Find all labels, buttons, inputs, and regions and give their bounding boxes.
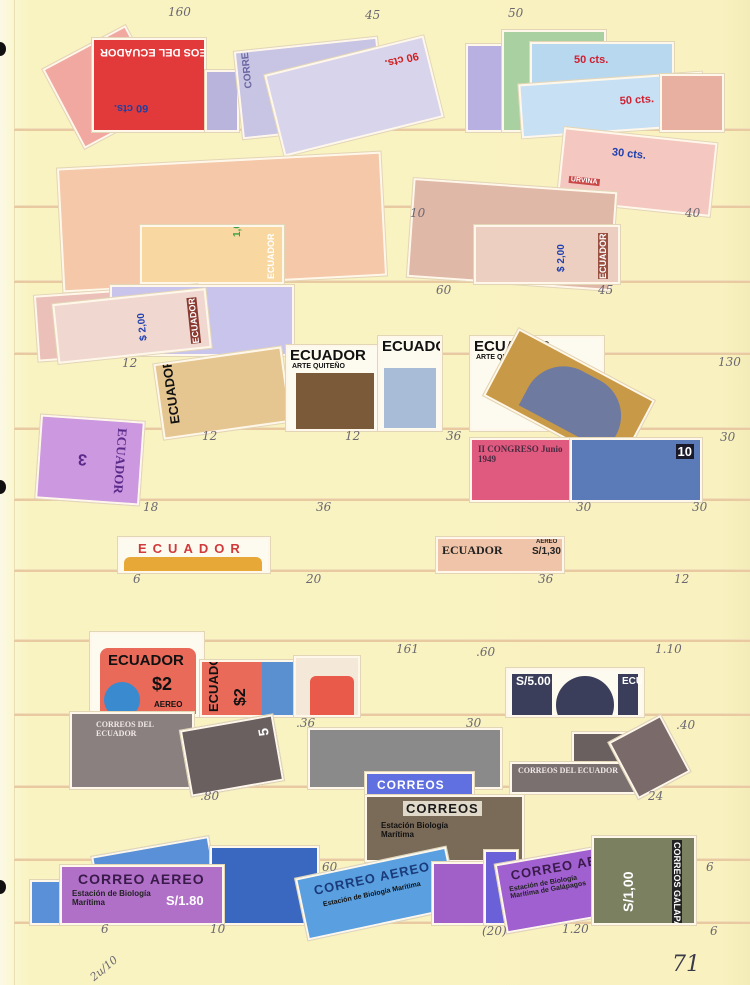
stamp: $ 2,00 ECUADOR [474,225,620,284]
stamp-value: 1,00 [232,225,243,237]
stamp: ECUADOR ARTE QUITEÑO [286,345,382,431]
stamp-text: CORREOS DEL ECUADOR [518,766,618,775]
stamp-value: $ 2,00 [556,244,567,272]
margin-line [14,0,15,985]
stamp: ECUADOR [153,346,291,439]
stamp-value: 5 [255,727,272,737]
price-note: 12 [345,429,360,443]
stamp-value: 3 [77,449,87,468]
stamp-value: 60 cts. [114,102,148,114]
stamp-subtext: Estación de Biología Marítima [72,889,152,907]
price-note: 1.20 [562,922,589,936]
stamp-text: CORREO AEREO [78,871,205,887]
stamp-text: ECUADOR [290,347,366,364]
price-note: 60 [436,283,451,297]
stamp: II CONGRESO Junio 1949 [470,438,572,502]
stamp-text: URVINA [568,176,599,186]
stamp-value: 50 cts. [574,54,608,66]
stamp-image [296,373,374,429]
stamp-text: CORREOS GALAPAGOS [672,840,682,925]
price-note: 40 [685,206,700,220]
stamp-text: ECUADOR [266,233,276,279]
price-note: 161 [396,642,419,656]
stamp-image [310,676,354,715]
price-note: 30 [720,430,735,444]
stamp: ECUADOR [118,537,270,573]
price-note: 45 [365,8,380,22]
stamp-text: CORREOS [377,778,445,792]
stamp-text: CORREOS DEL ECUADOR [234,37,255,89]
stamp-subtext: AEREO [154,700,182,709]
price-note: 20 [306,572,321,586]
stamp: ECUADOR 3 [35,414,145,505]
price-note: 6 [710,924,718,938]
stamp-text: ECUADOR [186,298,201,344]
stamp-text: ECUADOR [110,428,131,495]
stamp-value: S/1,00 [620,872,636,912]
stamp-text: ECUADOR [442,543,503,558]
stamp-text: CORREOS DEL ECUADOR [96,720,166,738]
price-note: 30 [466,716,481,730]
stamp-text: ECUADOR [159,358,183,425]
stamp-image [124,557,262,571]
stamp [294,656,360,717]
stamp-value: 50 cts. [619,93,654,107]
price-note: 10 [210,922,225,936]
stamp [660,74,724,132]
stamp-value: S/1,30 [532,546,561,557]
price-note: 130 [718,355,741,369]
stamp-text: II CONGRESO Junio 1949 [478,444,568,464]
globe-icon [556,676,614,717]
stamp-text: ECUADOR [382,338,442,355]
stamp: 1,00 ECUADOR [140,225,284,284]
stamp-text: ECU [622,676,632,687]
price-note: .80 [200,789,219,803]
stamp: CORREO AEREO Estación de Biología Maríti… [60,865,224,925]
page-code-note: 2u/10 [88,953,121,983]
stamp-image [262,662,296,715]
stamp-value: S/5.00 [516,674,551,688]
binder-hole-icon [0,880,6,894]
price-note: 6 [706,860,714,874]
binder-hole-icon [0,42,6,56]
price-note: 12 [202,429,217,443]
page-total-note: 71 [672,952,700,977]
stamp-subtext: AEREO [536,539,557,545]
price-note: 45 [598,283,613,297]
price-note: 30 [692,500,707,514]
stamp-value: $2 [152,674,172,695]
stamp: ECUADOR $2 AEREO [90,632,204,717]
price-note: 18 [143,500,158,514]
stock-page: CORREOS DEL ECUADOR 60 cts. CORREOS DEL … [0,0,750,985]
stamp-value: $2 [232,688,250,706]
price-note: 24 [648,789,663,803]
stamp: S/5.00 ECU [506,668,644,717]
stamp-value: 10 [676,444,694,459]
binder-hole-icon [0,480,6,494]
stamp [205,70,239,132]
stamp: ECUADOR AEREO S/1,30 [436,537,564,573]
price-note: 60 [322,860,337,874]
stamp: ECUADOR $2 [200,660,298,717]
stamp: S/1,00 CORREOS GALAPAGOS [592,836,696,925]
stamp-value: 90 cts. [383,49,419,69]
stamp-value: 30 cts. [611,146,646,162]
stamp-value: $ 2,00 [136,313,150,342]
stamp-subtext: ARTE QUITEÑO [292,363,345,370]
price-note: 160 [168,5,191,19]
stamp-text: CORREOS DEL ECUADOR [100,46,206,58]
price-note: 12 [122,356,137,370]
price-note: 36 [538,572,553,586]
price-note: 6 [101,922,109,936]
stamp: 10 [570,438,702,502]
stamp: CORREOS DEL ECUADOR 60 cts. [92,38,206,132]
stamp-text: ECUADOR [206,660,221,712]
price-note: 1.10 [655,642,682,656]
stamp-subtext: Estación Biología Marítima [381,821,471,839]
stamp: ECUADOR [378,336,442,431]
price-note: .60 [476,645,495,659]
price-note: 50 [508,6,523,20]
stamp-text: ECUADOR [108,652,184,669]
price-note: 36 [446,429,461,443]
stamp: CORREOS DEL ECUADOR [70,712,194,789]
price-note: 36 [316,500,331,514]
stamp-text: CORREOS [403,801,482,816]
price-note: 6 [133,572,141,586]
stamp-text: ECUADOR [598,233,608,279]
price-note: 12 [674,572,689,586]
stamp-image [384,368,436,428]
price-note: (20) [482,924,507,938]
price-note: 10 [410,206,425,220]
stamp-text: ECUADOR [138,541,246,556]
price-note: 30 [576,500,591,514]
stamp-value: S/1.80 [166,893,204,908]
price-note: .36 [296,716,315,730]
price-note: .40 [676,718,695,732]
